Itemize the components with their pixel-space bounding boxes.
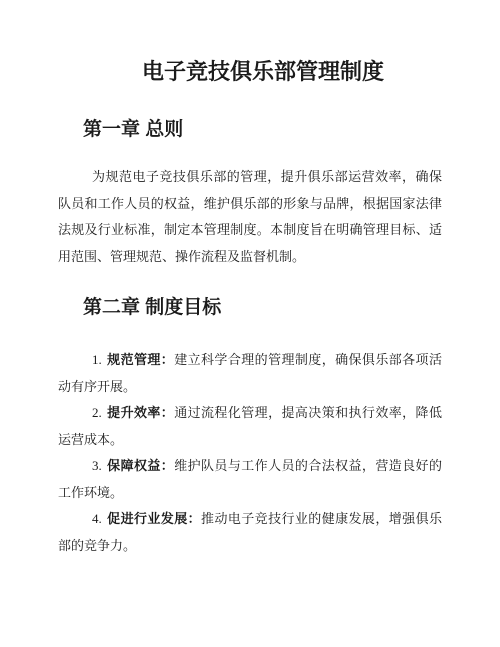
item-1-term: 规范管理： bbox=[107, 352, 174, 367]
goal-item-3: 3.保障权益：维护队员与工作人员的合法权益，营造良好的工作环境。 bbox=[58, 453, 442, 506]
goal-item-list: 1.规范管理：建立科学合理的管理制度，确保俱乐部各项活动有序开展。 2.提升效率… bbox=[58, 347, 442, 559]
item-1-number: 1. bbox=[92, 352, 102, 367]
item-4-number: 4. bbox=[92, 511, 102, 526]
item-2-number: 2. bbox=[92, 405, 102, 420]
document-title: 电子竞技俱乐部管理制度 bbox=[58, 57, 442, 87]
goal-item-2: 2.提升效率：通过流程化管理，提高决策和执行效率，降低运营成本。 bbox=[58, 400, 442, 453]
item-3-term: 保障权益： bbox=[107, 458, 174, 473]
item-3-number: 3. bbox=[92, 458, 102, 473]
chapter-1-paragraph: 为规范电子竞技俱乐部的管理，提升俱乐部运营效率，确保队员和工作人员的权益，维护俱… bbox=[58, 164, 442, 270]
item-2-term: 提升效率： bbox=[107, 405, 174, 420]
chapter-2-heading: 第二章 制度目标 bbox=[58, 295, 442, 321]
goal-item-4: 4.促进行业发展：推动电子竞技行业的健康发展，增强俱乐部的竞争力。 bbox=[58, 506, 442, 559]
goal-item-1: 1.规范管理：建立科学合理的管理制度，确保俱乐部各项活动有序开展。 bbox=[58, 347, 442, 400]
chapter-1-heading: 第一章 总则 bbox=[58, 117, 442, 143]
item-4-term: 促进行业发展： bbox=[107, 511, 201, 526]
document-page: 电子竞技俱乐部管理制度 第一章 总则 为规范电子竞技俱乐部的管理，提升俱乐部运营… bbox=[0, 0, 500, 647]
